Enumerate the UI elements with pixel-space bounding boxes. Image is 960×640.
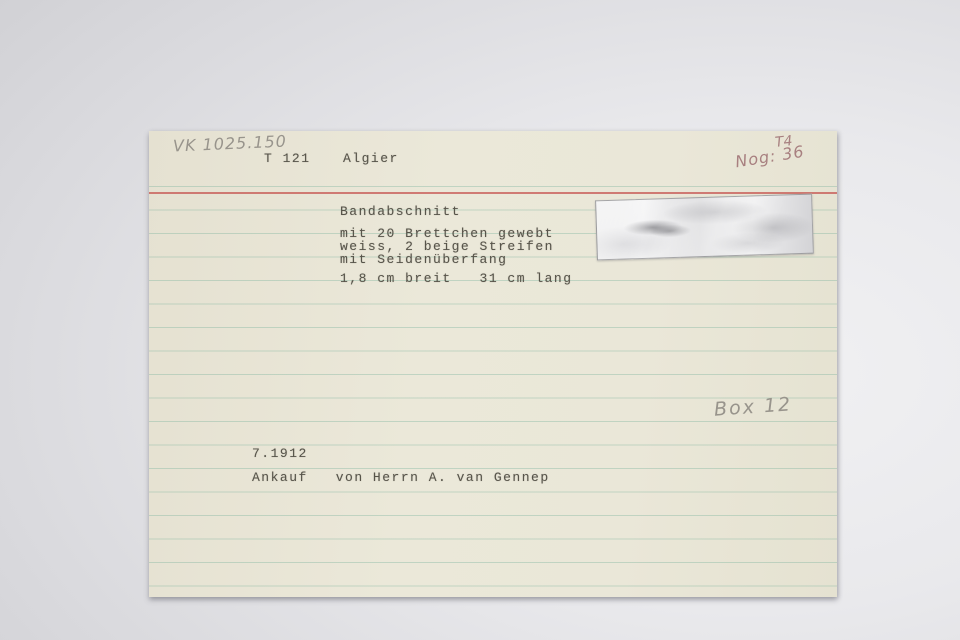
index-card: VK 1025.150 T 121 Algier T4 Nog: 36 Band… <box>149 131 837 597</box>
dimensions-line: 1,8 cm breit 31 cm lang <box>340 272 573 286</box>
red-header-line <box>149 192 837 194</box>
acquisition-line: Ankauf von Herrn A. van Gennep <box>252 471 550 485</box>
negative-note-handwritten: Nog: 36 <box>734 142 806 172</box>
desk-background: VK 1025.150 T 121 Algier T4 Nog: 36 Band… <box>0 0 960 640</box>
acquisition-date: 7.1912 <box>252 447 308 461</box>
object-title: Bandabschnitt <box>340 205 461 219</box>
description-line: mit Seidenüberfang <box>340 253 507 267</box>
place-name: Algier <box>343 152 399 166</box>
photo-glare <box>596 195 813 260</box>
type-number: T 121 <box>264 152 311 166</box>
attached-photo <box>595 194 814 261</box>
